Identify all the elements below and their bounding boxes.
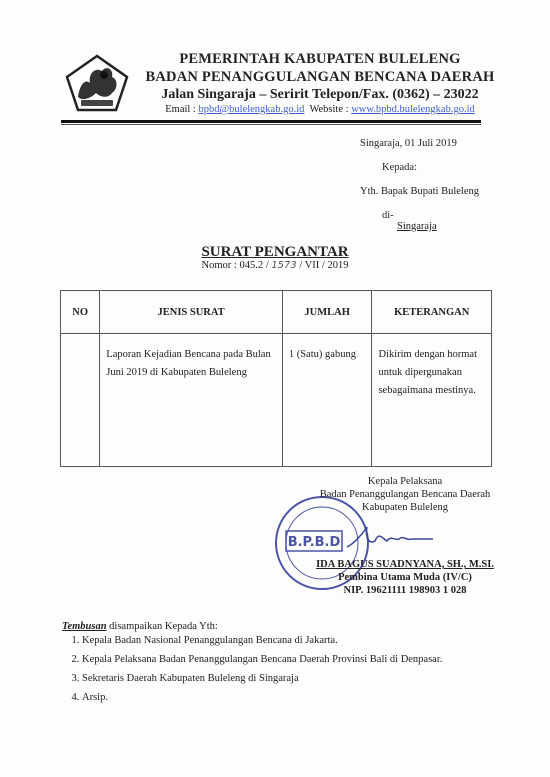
list-item: Kepala Pelaksana Badan Penanggulangan Be… bbox=[82, 653, 522, 667]
letterhead-rule-thick bbox=[61, 120, 481, 123]
title-heading: SURAT PENGANTAR bbox=[0, 244, 550, 260]
cell-no bbox=[61, 334, 100, 467]
copies-section: Tembusan disampaikan Kepada Yth: Kepala … bbox=[62, 620, 522, 710]
cell-jenis: Laporan Kejadian Bencana pada Bulan Juni… bbox=[100, 334, 283, 467]
table-row: Laporan Kejadian Bencana pada Bulan Juni… bbox=[61, 334, 492, 467]
col-header-no: NO bbox=[61, 291, 100, 334]
letterhead: PEMERINTAH KABUPATEN BULELENG BADAN PENA… bbox=[130, 50, 510, 116]
handwritten-signature-icon bbox=[345, 523, 435, 553]
letter-page: PEMERINTAH KABUPATEN BULELENG BADAN PENA… bbox=[0, 0, 550, 777]
signer-position: Kepala Pelaksana bbox=[305, 475, 505, 488]
copies-list: Kepala Badan Nasional Penanggulangan Ben… bbox=[62, 634, 522, 705]
handwritten-number: 1573 bbox=[271, 260, 296, 271]
signer-agency: Badan Penanggulangan Bencana Daerah bbox=[305, 488, 505, 501]
email-link[interactable]: bpbd@bulelengkab.go.id bbox=[198, 104, 304, 115]
signer-name: IDA BAGUS SUADNYANA, SH., M.SI. bbox=[305, 558, 505, 571]
letterhead-rule-thin bbox=[61, 124, 481, 125]
regency-crest-icon bbox=[64, 53, 130, 113]
list-item: Arsip. bbox=[82, 691, 522, 705]
letter-title: SURAT PENGANTAR Nomor : 045.2 / 1573 / V… bbox=[0, 244, 550, 272]
col-header-jenis: JENIS SURAT bbox=[100, 291, 283, 334]
col-header-keterangan: KETERANGAN bbox=[372, 291, 492, 334]
copies-heading: Tembusan disampaikan Kepada Yth: bbox=[62, 620, 522, 634]
signer-rank: Pembina Utama Muda (IV/C) bbox=[305, 571, 505, 584]
recipient-city: Singaraja bbox=[397, 220, 437, 234]
letter-table: NO JENIS SURAT JUMLAH KETERANGAN Laporan… bbox=[60, 290, 492, 467]
email-label: Email : bbox=[165, 104, 196, 115]
col-header-jumlah: JUMLAH bbox=[282, 291, 372, 334]
letter-number: Nomor : 045.2 / 1573 / VII / 2019 bbox=[0, 260, 550, 272]
di-label: di- bbox=[382, 209, 394, 223]
letterhead-government: PEMERINTAH KABUPATEN BULELENG bbox=[130, 50, 510, 68]
list-item: Sekretaris Daerah Kabupaten Buleleng di … bbox=[82, 672, 522, 686]
letterhead-contacts: Email : bpbd@bulelengkab.go.id Website :… bbox=[130, 103, 510, 116]
letterhead-address: Jalan Singaraja – Seririt Telepon/Fax. (… bbox=[130, 86, 510, 103]
signer-nip: NIP. 19621111 198903 1 028 bbox=[305, 584, 505, 597]
place-date: Singaraja, 01 Juli 2019 bbox=[360, 137, 457, 151]
to-label: Kepada: bbox=[382, 161, 417, 175]
cell-keterangan: Dikirim dengan hormat untuk dipergunakan… bbox=[372, 334, 492, 467]
website-link[interactable]: www.bpbd.bulelengkab.go.id bbox=[351, 104, 475, 115]
recipient: Yth. Bapak Bupati Buleleng bbox=[360, 185, 479, 199]
signature-block: Kepala Pelaksana Badan Penanggulangan Be… bbox=[305, 475, 505, 514]
website-label: Website : bbox=[309, 104, 348, 115]
letterhead-agency: BADAN PENANGGULANGAN BENCANA DAERAH bbox=[130, 68, 510, 86]
signer-regency: Kabupaten Buleleng bbox=[305, 501, 505, 514]
svg-text:B.P.B.D: B.P.B.D bbox=[288, 535, 341, 550]
list-item: Kepala Badan Nasional Penanggulangan Ben… bbox=[82, 634, 522, 648]
cell-jumlah: 1 (Satu) gabung bbox=[282, 334, 372, 467]
